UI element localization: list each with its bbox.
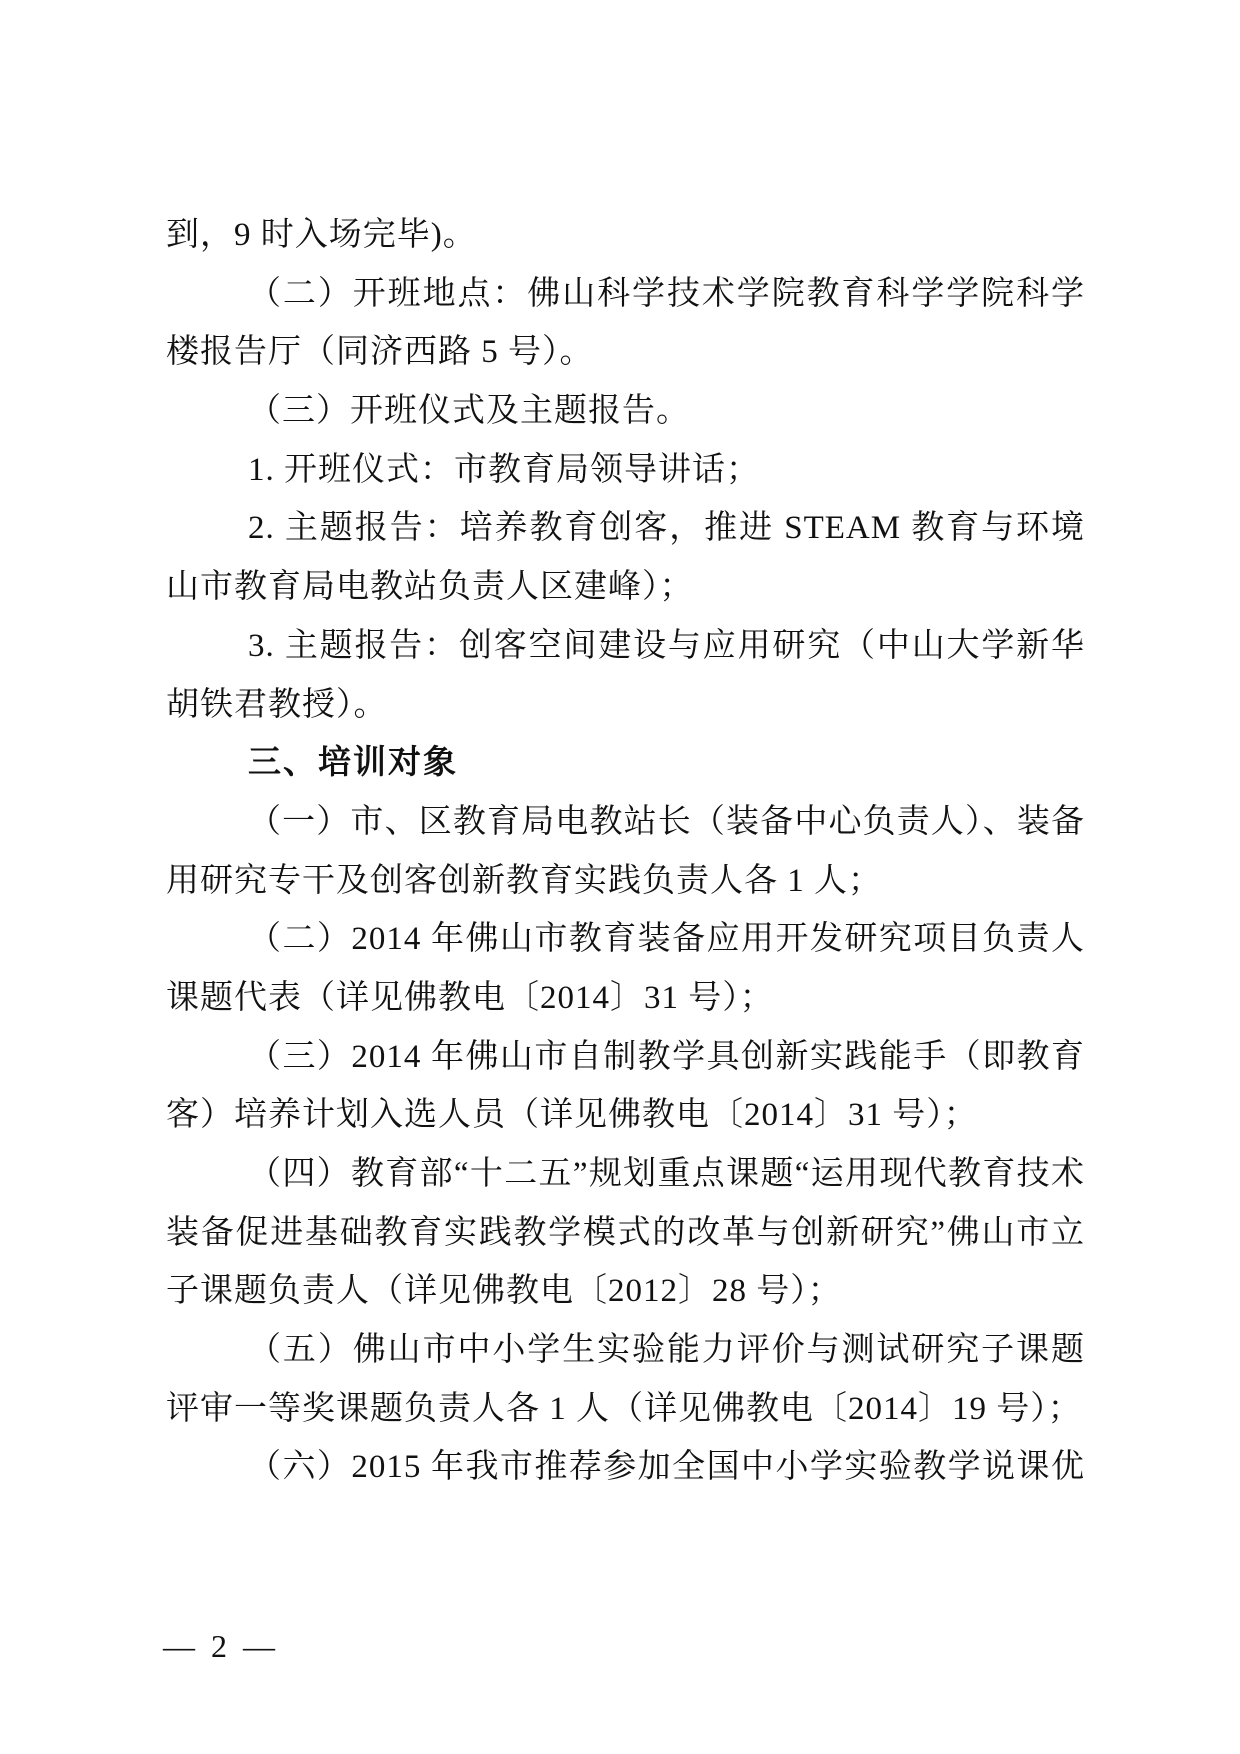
document-body: 到，9 时入场完毕)。 （二）开班地点：佛山科学技术学院教育科学学院科学楼五 楼… — [166, 206, 1085, 1497]
text-line: （二）2014 年佛山市教育装备应用开发研究项目负责人或 — [166, 910, 1085, 969]
text-line: 山市教育局电教站负责人区建峰）； — [166, 558, 1085, 617]
text-line: （四）教育部“十二五”规划重点课题“运用现代教育技术 — [166, 1145, 1085, 1204]
text-line: 楼报告厅（同济西路 5 号）。 — [166, 323, 1085, 382]
text-line: 到，9 时入场完毕)。 — [166, 206, 1085, 265]
text-line: 1. 开班仪式：市教育局领导讲话； — [166, 441, 1085, 500]
section-heading: 三、培训对象 — [166, 734, 1085, 793]
text-line: （三）2014 年佛山市自制教学具创新实践能手（即教育创 — [166, 1028, 1085, 1087]
text-line: 客）培养计划入选人员（详见佛教电〔2014〕31 号）； — [166, 1086, 1085, 1145]
text-line: 胡铁君教授）。 — [166, 676, 1085, 735]
text-line: 用研究专干及创客创新教育实践负责人各 1 人； — [166, 852, 1085, 911]
text-line: （五）佛山市中小学生实验能力评价与测试研究子课题结题 — [166, 1321, 1085, 1380]
document-page: 到，9 时入场完毕)。 （二）开班地点：佛山科学技术学院教育科学学院科学楼五 楼… — [0, 0, 1240, 1754]
text-line: 3. 主题报告：创客空间建设与应用研究（中山大学新华学院 — [166, 617, 1085, 676]
text-line: 2. 主题报告：培养教育创客，推进 STEAM 教育与环境创新（佛 — [166, 499, 1085, 558]
text-line: （三）开班仪式及主题报告。 — [166, 382, 1085, 441]
text-line: 课题代表（详见佛教电〔2014〕31 号）； — [166, 969, 1085, 1028]
page-number: — 2 — — [163, 1628, 279, 1665]
text-line: （二）开班地点：佛山科学技术学院教育科学学院科学楼五 — [166, 265, 1085, 324]
text-line: （一）市、区教育局电教站长（装备中心负责人）、装备应 — [166, 793, 1085, 852]
text-line: 子课题负责人（详见佛教电〔2012〕28 号）； — [166, 1262, 1085, 1321]
text-line: 装备促进基础教育实践教学模式的改革与创新研究”佛山市立项 — [166, 1204, 1085, 1263]
text-line: （六）2015 年我市推荐参加全国中小学实验教学说课优秀 — [166, 1438, 1085, 1497]
text-line: 评审一等奖课题负责人各 1 人（详见佛教电〔2014〕19 号）； — [166, 1380, 1085, 1439]
